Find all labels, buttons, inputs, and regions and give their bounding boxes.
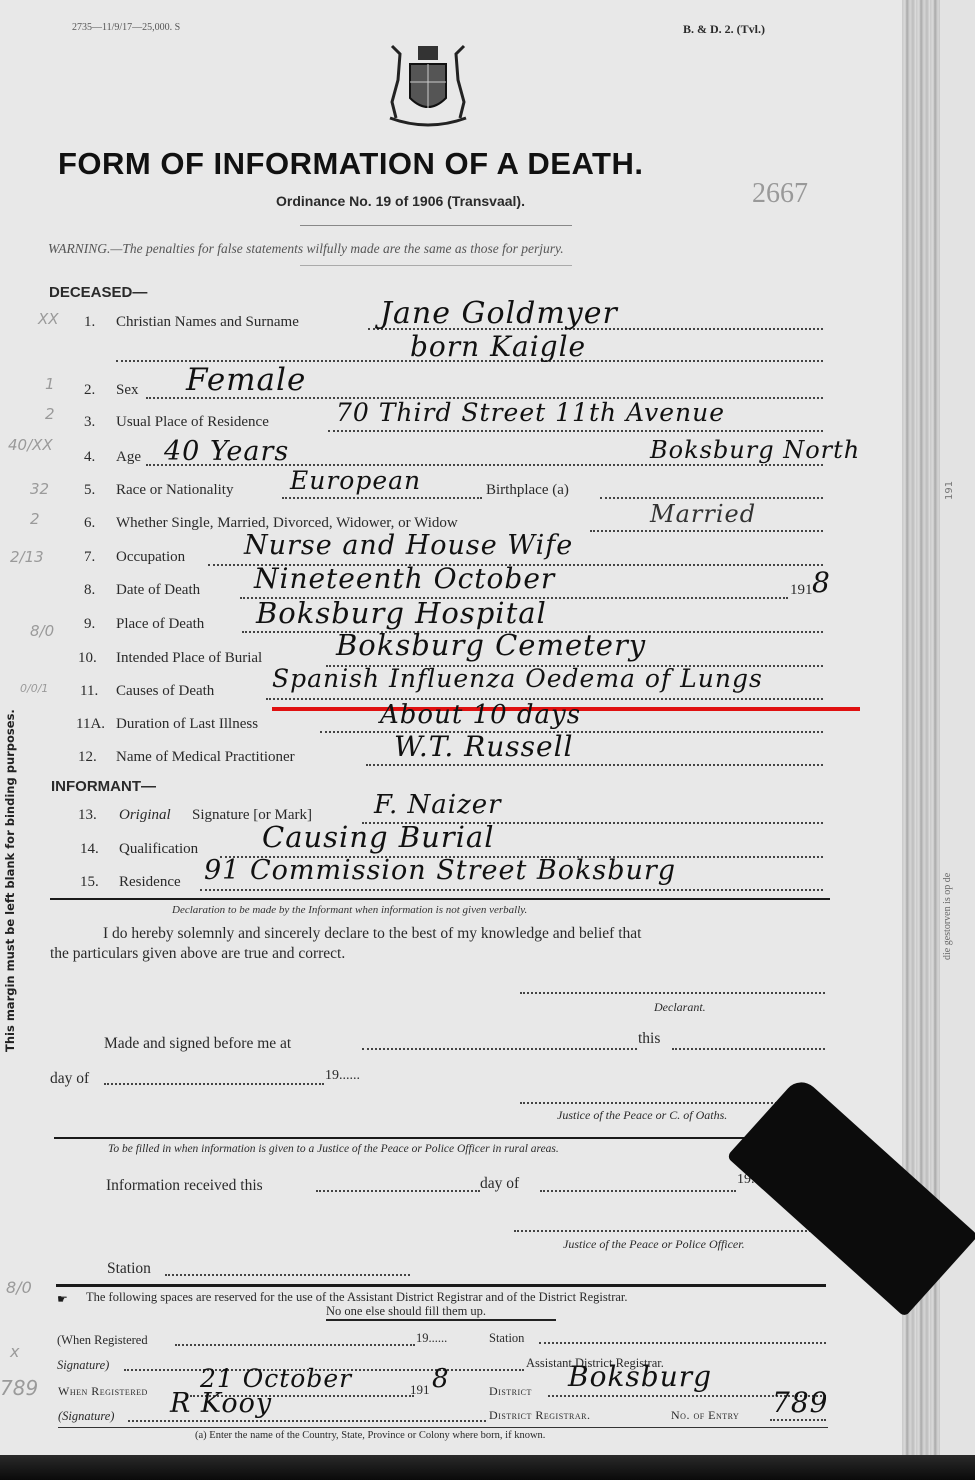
field-number: 4. [84,449,95,466]
residence-value: 70 Third Street 11th Avenue [336,398,725,427]
informant-residence-value: 91 Commission Street Boksburg [204,855,676,886]
field-label-italic: Original [119,807,171,824]
age-value: 40 Years [164,436,289,467]
field-label: Causes of Death [116,683,214,700]
year-suffix: 8 [812,566,831,599]
adjacent-page-year: 191 [944,481,955,500]
entry-number-value: 789 [772,1386,828,1419]
medical-practitioner-value: W.T. Russell [394,730,573,763]
field-label: Residence [119,874,181,891]
informant-section-label: INFORMANT— [51,778,156,795]
informant-signature-value: F. Naizer [374,790,502,820]
year-prefix: 191 [410,1382,430,1398]
margin-note: x [10,1342,19,1361]
margin-note: 8/0 [30,622,54,640]
field-number: 2. [84,382,95,399]
margin-note: 1 [45,375,55,393]
fill-line [590,530,823,532]
margin-note: 32 [30,480,49,498]
station-fill-line[interactable] [539,1342,826,1344]
info-day-fill-line[interactable] [316,1190,480,1192]
this-fill-line[interactable] [672,1048,825,1050]
field-label: Sex [116,382,139,399]
field-label: Qualification [119,841,198,858]
field-label: Place of Death [116,616,204,633]
declaration-note: Declaration to be made by the Informant … [172,904,527,916]
birthplace-footnote: (a) Enter the name of the Country, State… [195,1430,545,1441]
fill-line [200,889,823,891]
entry-fill-line[interactable] [770,1419,826,1421]
officer-signature-line[interactable] [514,1230,826,1232]
place-of-death-value: Boksburg Hospital [256,596,547,630]
section-divider [50,898,830,900]
deceased-name-value: Jane Goldmyer [380,296,618,331]
field-label: Usual Place of Residence [116,414,269,431]
margin-note: 789 [0,1376,38,1400]
field-label: Intended Place of Burial [116,650,262,667]
print-code: 2735—11/9/17—25,000. S [72,22,180,33]
field-number: 9. [84,616,95,633]
stamp-number: 2667 [752,178,808,210]
birthplace-label: Birthplace (a) [486,482,569,499]
registrar-signature-fill-line[interactable] [128,1420,486,1422]
field-label: Christian Names and Surname [116,314,299,331]
sex-value: Female [186,362,306,398]
ordinance-subtitle: Ordinance No. 19 of 1906 (Transvaal). [276,193,525,209]
section-divider [56,1284,826,1287]
district-value: Boksburg [568,1360,712,1393]
death-certificate-page: 191 die gestorven is op de 2735—11/9/17—… [0,0,975,1480]
margin-note: 2 [45,405,55,423]
rural-note: To be filled in when information is give… [108,1143,559,1155]
date-of-death-value: Nineteenth October [254,562,555,595]
year-19-label: 19...... [325,1068,360,1084]
field-number: 6. [84,515,95,532]
field-number: 15. [80,874,99,891]
day-of-label: day of [480,1175,519,1193]
marital-status-value: Married [650,500,756,528]
station-fill-line[interactable] [165,1274,410,1276]
deceased-maiden-name-value: born Kaigle [410,330,586,363]
when-registered-label: When Registered [58,1384,148,1399]
this-label: this [638,1030,660,1048]
binding-margin-note: This margin must be left blank for bindi… [3,709,17,1052]
form-title: FORM OF INFORMATION OF A DEATH. [58,146,644,182]
made-at-fill-line[interactable] [362,1048,637,1050]
field-label: Race or Nationality [116,482,233,499]
deceased-section-label: DECEASED— [49,284,147,301]
duration-value: About 10 days [380,700,581,730]
occupation-value: Nurse and House Wife [244,530,573,561]
race-value: European [290,466,421,495]
district-label: District [489,1384,532,1399]
field-label: Duration of Last Illness [116,716,258,733]
field-number: 8. [84,582,95,599]
declaration-text-line1: I do hereby solemnly and sincerely decla… [103,925,641,943]
signature-label: (Signature) [58,1409,114,1424]
causes-of-death-value: Spanish Influenza Oedema of Lungs [272,664,763,693]
when-registered-paren-label: (When Registered [57,1333,148,1348]
field-label: Occupation [116,549,185,566]
margin-note: 0/0/1 [20,682,48,695]
registrar-signature-value: R Kooy [170,1388,272,1419]
margin-note: 2 [30,510,40,528]
station-label: Station [489,1331,524,1346]
entry-number-label: No. of Entry [671,1408,739,1423]
when-registered-fill-line[interactable] [175,1344,415,1346]
fill-line [366,764,823,766]
field-number: 10. [78,650,97,667]
coat-of-arms-icon [382,40,474,130]
made-signed-label: Made and signed before me at [104,1035,291,1053]
officer-label: Justice of the Peace or Police Officer. [563,1237,745,1252]
margin-note: 2/13 [10,548,44,566]
margin-note: 40/XX [8,436,53,454]
signature-paren-label: Signature) [57,1358,109,1373]
justice-label: Justice of the Peace or C. of Oaths. [557,1108,727,1123]
year-19-label: 19...... [416,1331,447,1346]
page-bottom-shadow [0,1455,975,1480]
field-number: 13. [78,807,97,824]
year-suffix: 8 [432,1364,450,1394]
reserved-underline [326,1319,556,1321]
year-prefix: 191 [790,582,813,599]
section-divider [54,1137,814,1139]
residence-suburb-value: Boksburg North [650,436,860,464]
field-label: Date of Death [116,582,200,599]
reserved-note-line2: No one else should fill them up. [326,1304,486,1319]
field-number: 11A. [76,716,105,733]
field-number: 7. [84,549,95,566]
field-number: 3. [84,414,95,431]
warning-text: WARNING.—The penalties for false stateme… [48,241,564,257]
station-label: Station [107,1260,151,1278]
informant-qualification-value: Causing Burial [262,820,494,854]
place-of-burial-value: Boksburg Cemetery [336,628,646,662]
district-registrar-label: District Registrar. [489,1408,591,1423]
field-number: 1. [84,314,95,331]
section-divider [58,1427,828,1428]
declarant-label: Declarant. [654,1000,706,1015]
declarant-signature-line[interactable] [520,992,825,994]
field-label: Age [116,449,141,466]
declaration-text-line2: the particulars given above are true and… [50,945,345,963]
fill-line [282,497,482,499]
day-of-fill-line[interactable] [104,1083,324,1085]
field-number: 12. [78,749,97,766]
day-of-label: day of [50,1070,89,1088]
field-number: 5. [84,482,95,499]
adjacent-page-text: die gestorven is op de [942,873,953,960]
reserved-note-line1: The following spaces are reserved for th… [86,1290,628,1305]
information-received-label: Information received this [106,1177,263,1195]
pointing-hand-icon: ☛ [57,1292,68,1307]
field-label: Name of Medical Practitioner [116,749,295,766]
field-number: 14. [80,841,99,858]
field-number: 11. [80,683,98,700]
birthplace-fill-line [600,497,823,499]
divider [300,225,572,226]
form-code: B. & D. 2. (Tvl.) [683,22,765,37]
info-month-fill-line[interactable] [540,1190,736,1192]
margin-note: 8/0 [6,1278,32,1297]
margin-note: XX [38,310,59,328]
divider [300,265,572,266]
fill-line [328,430,823,432]
